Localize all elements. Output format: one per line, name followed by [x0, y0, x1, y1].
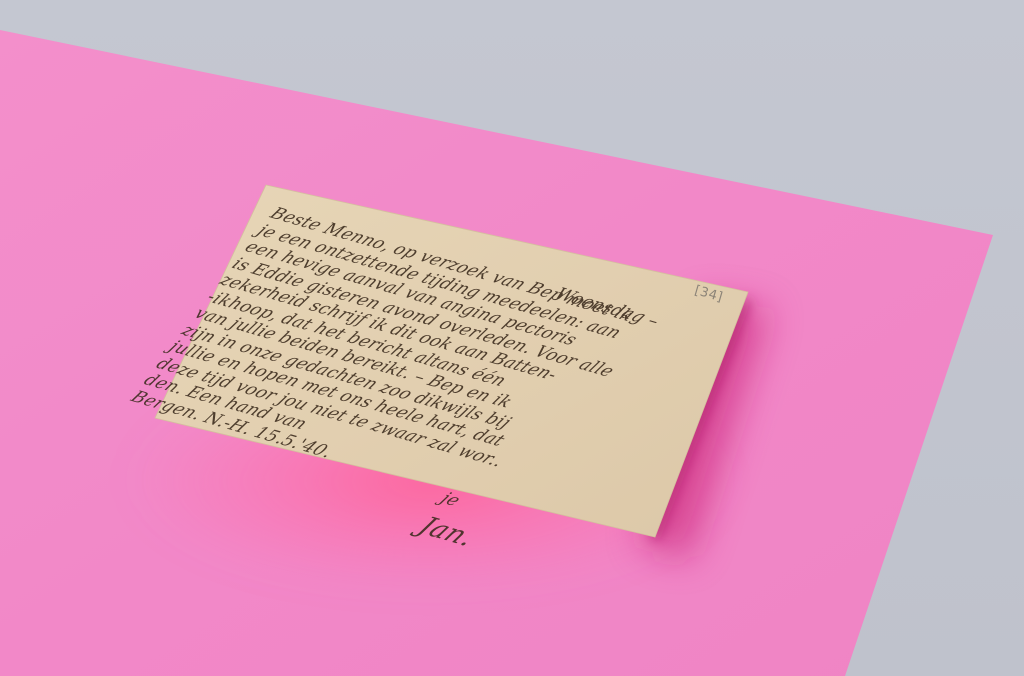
- photo-scene: [34] Woensdag – Beste Menno, op verzoek …: [0, 0, 1024, 676]
